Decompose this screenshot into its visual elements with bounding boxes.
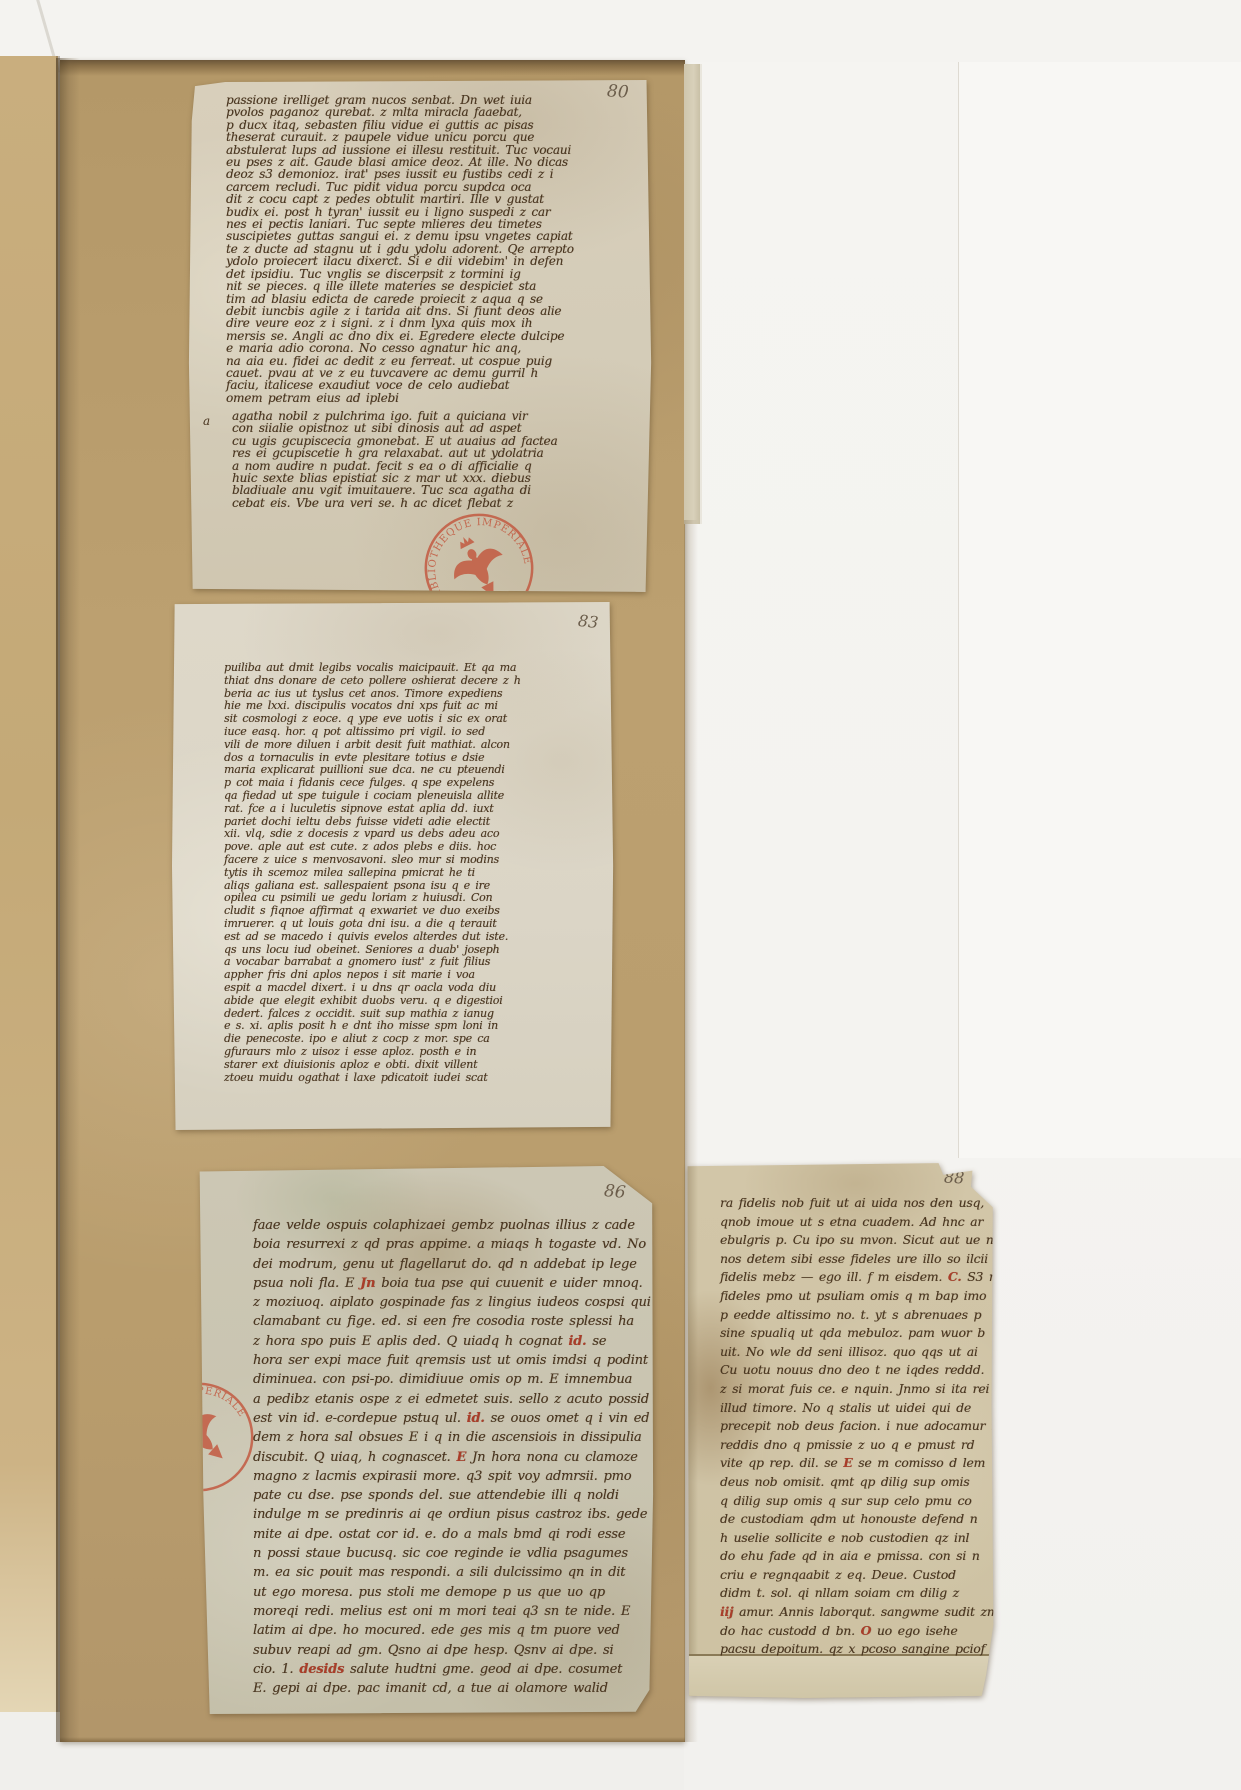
- rubric-mark: E: [456, 1450, 466, 1465]
- manuscript-line: hora ser expi mace fuit qremsis ust ut o…: [253, 1351, 645, 1370]
- manuscript-line: pove. aple aut est cute. z ados plebs e …: [224, 841, 574, 853]
- manuscript-fragment-86: 86 faae velde ospuis colaphizaei gembz p…: [196, 1166, 654, 1714]
- manuscript-line: theserat curauit. z paupele vidue unicu …: [226, 131, 628, 143]
- manuscript-line: fidelis mebz — ego ill. f m eisdem. C. S…: [720, 1269, 986, 1287]
- manuscript-line: moreqi redi. melius est oni m mori teai …: [253, 1602, 645, 1621]
- manuscript-line: p cot maia i fidanis cece fulges. q spe …: [224, 777, 574, 789]
- manuscript-line: mite ai dpe. ostat cor id. e. do a mals …: [253, 1525, 645, 1544]
- manuscript-line: est ad se macedo i quivis evelos alterde…: [224, 931, 574, 943]
- fragment-left-fold: [686, 1162, 698, 1700]
- manuscript-line: a pedibz etanis ospe z ei edmetet suis. …: [253, 1390, 645, 1409]
- folio-number: 83: [577, 611, 599, 632]
- interleaf-sheet-fold: [958, 0, 1241, 1158]
- manuscript-line: indulge m se predinris ai qe ordiun pisu…: [253, 1506, 645, 1525]
- manuscript-line: faciu, italicese exaudiut voce de celo a…: [226, 380, 628, 392]
- manuscript-line: vite qp rep. dil. se E se m comisso d le…: [720, 1455, 986, 1473]
- manuscript-line: e maria adio corona. No cesso agnatur hi…: [226, 342, 628, 354]
- manuscript-line: criu e regnqaabit z eq. Deue. Custod: [720, 1566, 986, 1584]
- manuscript-line: pvolos paganoz qurebat. z mlta miracla f…: [226, 107, 628, 119]
- manuscript-fragment-83: 83 puiliba aut dmit legibs vocalis maici…: [172, 602, 614, 1130]
- manuscript-line: didm t. sol. qi nllam soiam cm dilig z: [720, 1585, 986, 1603]
- manuscript-line: n possi staue bucusq. sic coe reginde ie…: [253, 1544, 645, 1563]
- manuscript-line: thiat dns donare de ceto pollere oshiera…: [224, 675, 574, 687]
- manuscript-line: h uselie sollicite e nob custodien qz in…: [720, 1529, 986, 1547]
- rubric-mark: iij: [720, 1604, 733, 1619]
- manuscript-text-block: puiliba aut dmit legibs vocalis maicipau…: [224, 662, 574, 1084]
- manuscript-text-block: ra fidelis nob fuit ut ai uida nos den u…: [720, 1194, 986, 1659]
- fragment-paper: 88 ra fidelis nob fuit ut ai uida nos de…: [686, 1162, 994, 1700]
- marginal-letter: a: [203, 414, 210, 428]
- album-top-fold: [60, 60, 685, 76]
- manuscript-line: cebat eis. Vbe ura veri se. h ac dicet f…: [232, 497, 628, 509]
- manuscript-line: deoz s3 demonioz. irat' pses iussit eu f…: [226, 169, 628, 181]
- manuscript-line: vili de more diluen i arbit desit fuit m…: [224, 739, 574, 751]
- manuscript-line: det ipsidiu. Tuc vnglis se discerpsit z …: [226, 268, 628, 280]
- manuscript-line: uit. No wle dd seni illisoz. quo qqs ut …: [720, 1343, 986, 1361]
- manuscript-line: z si morat fuis ce. e nquin. Jnmo si ita…: [720, 1380, 986, 1398]
- underlying-page-edge: [0, 56, 58, 1712]
- manuscript-line: hie me lxxi. discipulis vocatos dni xps …: [224, 701, 574, 713]
- manuscript-line: a vocabar barrabat a gnomero iust' z fui…: [224, 957, 574, 969]
- background-top: [0, 0, 1241, 62]
- manuscript-line: latim ai dpe. ho mocured. ede ges mis q …: [253, 1622, 645, 1641]
- rubric-mark: desids: [299, 1662, 344, 1677]
- manuscript-line: est vin id. e-cordepue pstuq ul. id. se …: [253, 1409, 645, 1428]
- manuscript-line: faae velde ospuis colaphizaei gembz puol…: [253, 1216, 645, 1235]
- rubric-mark: E: [843, 1456, 852, 1471]
- folio-number: 88: [944, 1167, 965, 1187]
- hidden-fragment-edge: [684, 64, 702, 524]
- manuscript-line: Cu uotu nouus dno deo t ne iqdes reddd.: [720, 1362, 986, 1380]
- manuscript-line: illud timore. No q stalis ut uidei qui d…: [720, 1399, 986, 1417]
- rubric-mark: id.: [467, 1411, 485, 1426]
- manuscript-line: sit cosmologi z eoce. q ype eve uotis i …: [224, 713, 574, 725]
- manuscript-line: bladiuale anu vgit imuitauere. Tuc sca a…: [232, 485, 628, 497]
- fragment-paper: 86 faae velde ospuis colaphizaei gembz p…: [196, 1166, 654, 1714]
- manuscript-line: fideles pmo ut psuliam omis q m bap imo: [720, 1287, 986, 1305]
- manuscript-line: reddis dno q pmissie z uo q e pmust rd: [720, 1436, 986, 1454]
- manuscript-line: opilea cu psimili ue gedu loriam z huius…: [224, 893, 574, 905]
- manuscript-line: p eedde altissimo no. t. yt s abrenuaes …: [720, 1306, 986, 1324]
- manuscript-line: dire veure eoz z i signi. z i dnm lyxa q…: [226, 317, 628, 329]
- manuscript-line: ebulgris p. Cu ipo su mvon. Sicut aut ue…: [720, 1231, 986, 1249]
- manuscript-line: sine spualiq ut qda mebuloz. pam wuor b: [720, 1324, 986, 1342]
- manuscript-line: a nom audire n pudat. fecit s ea o di af…: [232, 460, 628, 472]
- manuscript-line: espit a macdel dixert. i u dns qr oacla …: [224, 982, 574, 994]
- manuscript-line: q dilig sup omis q sur sup celo pmu co: [720, 1492, 986, 1510]
- manuscript-text-block: passione irelliget gram nucos senbat. Dn…: [226, 94, 628, 404]
- manuscript-line: tytis ih scemoz milea sallepina pmicrat …: [224, 867, 574, 879]
- manuscript-line: de custodiam qdm ut honouste defend n: [720, 1510, 986, 1528]
- manuscript-line: magno z lacmis expirasii more. q3 spit v…: [253, 1467, 645, 1486]
- manuscript-fragment-88: 88 ra fidelis nob fuit ut ai uida nos de…: [686, 1162, 994, 1700]
- manuscript-line: abstulerat lups ad iussione ei illesu re…: [226, 144, 628, 156]
- manuscript-line: boia resurrexi z qd pras appime. a miaqs…: [253, 1236, 645, 1255]
- manuscript-line: diminuea. con psi-po. dimidiuue omis op …: [253, 1371, 645, 1390]
- manuscript-line: z moziuoq. aiplato gospinade fas z lingi…: [253, 1293, 645, 1312]
- manuscript-line: ztoeu muidu ogathat i laxe pdicatoit iud…: [224, 1072, 574, 1084]
- fragment-paper: 83 puiliba aut dmit legibs vocalis maici…: [172, 602, 614, 1130]
- manuscript-line: imruerer. q ut louis gota dni isu. a die…: [224, 918, 574, 930]
- manuscript-line: iij amur. Annis laborqut. sangwme sudit …: [720, 1603, 986, 1621]
- album-bottom-edge: [60, 1737, 685, 1742]
- rubric-mark: Jn: [360, 1276, 375, 1291]
- manuscript-line: omem petram eius ad iplebi: [226, 392, 628, 404]
- rubric-mark: id.: [568, 1334, 586, 1349]
- fragment-paper: 80 passione irelliget gram nucos senbat.…: [188, 80, 653, 594]
- manuscript-line: m. ea sic pouit mas respondi. a sili dul…: [253, 1564, 645, 1583]
- manuscript-text-block: agatha nobil z pulchrima igo. fuit a qui…: [232, 410, 628, 509]
- manuscript-fragment-80: 80 passione irelliget gram nucos senbat.…: [188, 80, 653, 594]
- manuscript-line: appher fris dni aplos nepos i sit marie …: [224, 969, 574, 981]
- manuscript-line: rat. fce a i luculetis sipnove estat apl…: [224, 803, 574, 815]
- manuscript-line: puiliba aut dmit legibs vocalis maicipau…: [224, 662, 574, 674]
- manuscript-line: die penecoste. ipo e aliut z cocp z mor.…: [224, 1033, 574, 1045]
- rubric-mark: O: [861, 1623, 872, 1638]
- scanned-album-page: 80 passione irelliget gram nucos senbat.…: [0, 0, 1241, 1790]
- manuscript-line: con siialie opistnoz ut sibi dinosis aut…: [232, 423, 628, 435]
- manuscript-line: gfuraurs mlo z uisoz i esse aploz. posth…: [224, 1046, 574, 1058]
- manuscript-line: qa fiedad ut spe tuigule i cociam pleneu…: [224, 790, 574, 802]
- manuscript-line: res ei gcupiscetie h gra relaxabat. aut …: [232, 447, 628, 459]
- manuscript-line: facere z uice s menvosavoni. sleo mur si…: [224, 854, 574, 866]
- manuscript-line: qnob imoue ut s etna cuadem. Ad hnc ar: [720, 1213, 986, 1231]
- binding-gutter-shadow: [56, 58, 80, 1742]
- manuscript-line: E. gepi ai dpe. pac imanit cd, a tue ai …: [253, 1679, 645, 1698]
- manuscript-line: psua noli fla. E Jn boia tua pse qui cuu…: [253, 1274, 645, 1293]
- manuscript-line: starer ext diuisionis aploz e obti. dixi…: [224, 1059, 574, 1071]
- manuscript-line: nos detem sibi esse fideles ure illo so …: [720, 1250, 986, 1268]
- manuscript-line: z hora spo puis E aplis ded. Q uiadq h c…: [253, 1332, 645, 1351]
- manuscript-line: subuv reapi ad gm. Qsno ai dpe hesp. Qsn…: [253, 1641, 645, 1660]
- manuscript-line: ra fidelis nob fuit ut ai uida nos den u…: [720, 1194, 986, 1212]
- manuscript-line: abide que elegit exhibit duobs veru. q e…: [224, 995, 574, 1007]
- manuscript-line: pate cu dse. pse sponds del. sue attende…: [253, 1486, 645, 1505]
- rubric-mark: C.: [948, 1270, 962, 1285]
- manuscript-line: suscipietes guttas sangui ei. z demu ips…: [226, 231, 628, 243]
- manuscript-line: do ehu fade qd in aia e pmissa. con si n: [720, 1548, 986, 1566]
- manuscript-line: dei modrum, genu ut flagellarut do. qd n…: [253, 1255, 645, 1274]
- fragment-bottom-fold: [686, 1654, 994, 1700]
- manuscript-line: cludit s fiqnoe affirmat q exwariet ve d…: [224, 905, 574, 917]
- manuscript-line: dit z cocu capt z pedes obtulit martiri.…: [226, 193, 628, 205]
- folio-number: 86: [603, 1181, 626, 1203]
- manuscript-line: budix ei. post h tyran' iussit eu i lign…: [226, 206, 628, 218]
- manuscript-line: cio. 1. desids salute hudtni gme. geod a…: [253, 1660, 645, 1679]
- manuscript-line: do hac custodd d bn. O uo ego isehe: [720, 1622, 986, 1640]
- manuscript-line: ydolo proiecert ilacu dixerct. Si e dii …: [226, 255, 628, 267]
- manuscript-line: dem z hora sal obsues E i q in die ascen…: [253, 1429, 645, 1448]
- manuscript-line: discubit. Q uiaq, h cognascet. E Jn hora…: [253, 1448, 645, 1467]
- manuscript-line: ut ego moresa. pus stoli me demope p us …: [253, 1583, 645, 1602]
- manuscript-text-block: faae velde ospuis colaphizaei gembz puol…: [253, 1216, 645, 1698]
- manuscript-line: maria explicarat puillioni sue dca. ne c…: [224, 765, 574, 777]
- manuscript-line: nit se pieces. q ille illete materies se…: [226, 280, 628, 292]
- manuscript-line: deus nob omisit. qmt qp dilig sup omis: [720, 1473, 986, 1491]
- manuscript-line: iuce easq. hor. q pot altissimo pri vigi…: [224, 726, 574, 738]
- manuscript-line: tim ad blasiu edicta de carede proiecit …: [226, 293, 628, 305]
- manuscript-line: precepit nob deus facion. i nue adocamur…: [720, 1417, 986, 1435]
- manuscript-line: xii. vlq, sdie z docesis z vpard us debs…: [224, 829, 574, 841]
- manuscript-line: na aia eu. fidei ac dedit z eu ferreat. …: [226, 355, 628, 367]
- manuscript-line: clamabant cu fige. ed. si een fre cosodi…: [253, 1313, 645, 1332]
- manuscript-line: pacsu depoitum. qz x pcoso sangine pciof: [720, 1641, 986, 1659]
- manuscript-line: mersis se. Angli ac dno dix ei. Egredere…: [226, 330, 628, 342]
- manuscript-line: e s. xi. aplis posit h e dnt iho misse s…: [224, 1021, 574, 1033]
